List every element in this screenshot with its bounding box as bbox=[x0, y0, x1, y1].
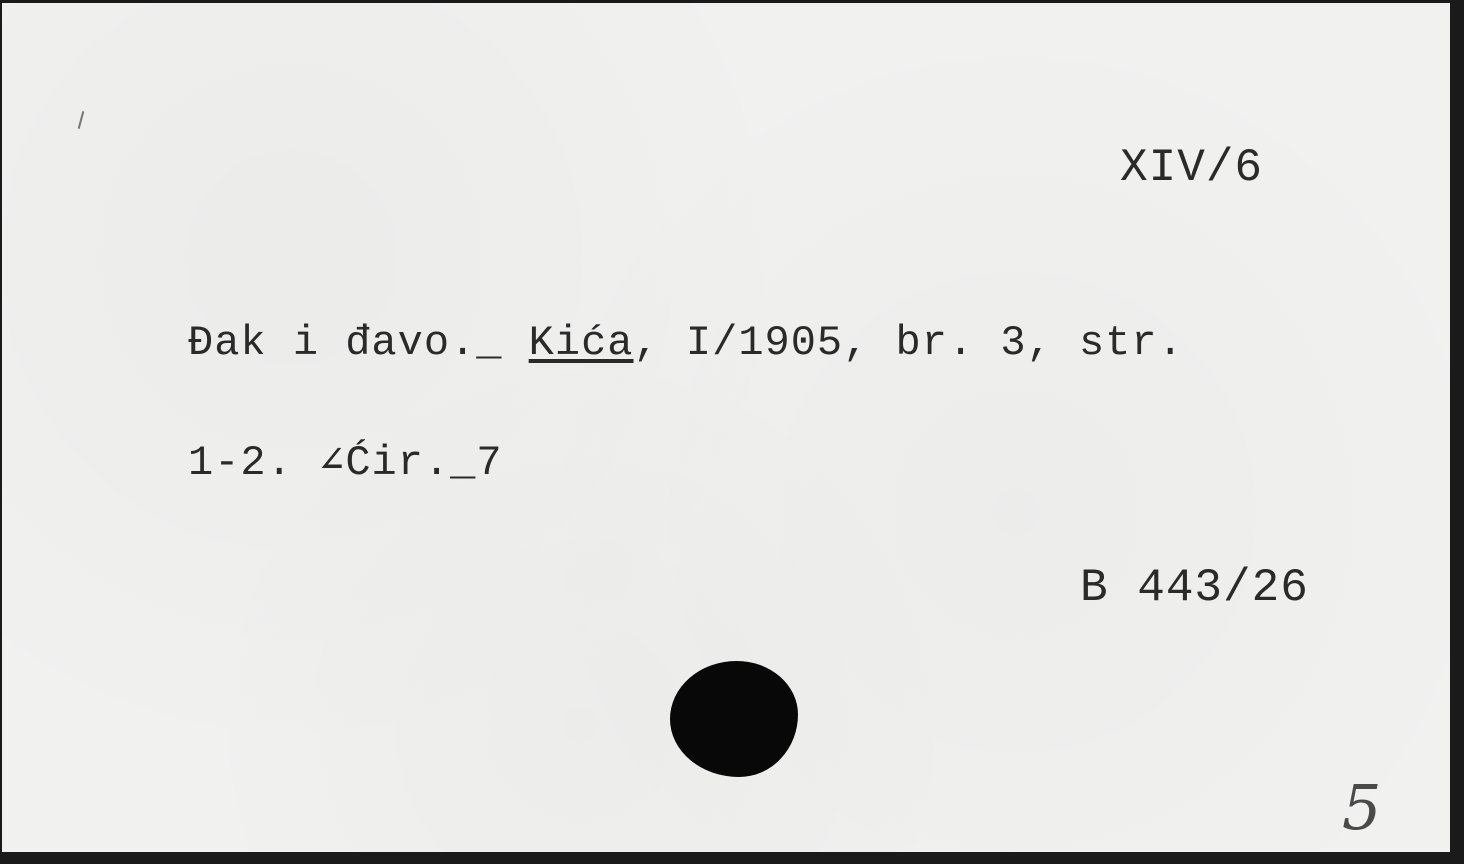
issue-details: , I/1905, br. 3, str. bbox=[634, 319, 1184, 367]
stray-ink-mark bbox=[78, 111, 85, 129]
citation-line-1: Đak i đavo._ Kića, I/1905, br. 3, str. bbox=[188, 323, 1184, 363]
catalog-card: XIV/6 Đak i đavo._ Kića, I/1905, br. 3, … bbox=[2, 3, 1456, 857]
work-title: Đak i đavo._ bbox=[188, 319, 502, 367]
classification-code: XIV/6 bbox=[1120, 143, 1263, 193]
shelfmark: B 443/26 bbox=[1080, 563, 1309, 613]
journal-title: Kića bbox=[529, 319, 634, 367]
handwritten-number: 5 bbox=[1342, 773, 1381, 843]
script-note: ∠Ćir._7 bbox=[319, 439, 503, 487]
punch-hole bbox=[670, 661, 798, 777]
citation-line-2: 1-2. ∠Ćir._7 bbox=[188, 443, 1184, 483]
citation-entry: Đak i đavo._ Kića, I/1905, br. 3, str. 1… bbox=[188, 243, 1184, 563]
page-range: 1-2. bbox=[188, 439, 293, 487]
